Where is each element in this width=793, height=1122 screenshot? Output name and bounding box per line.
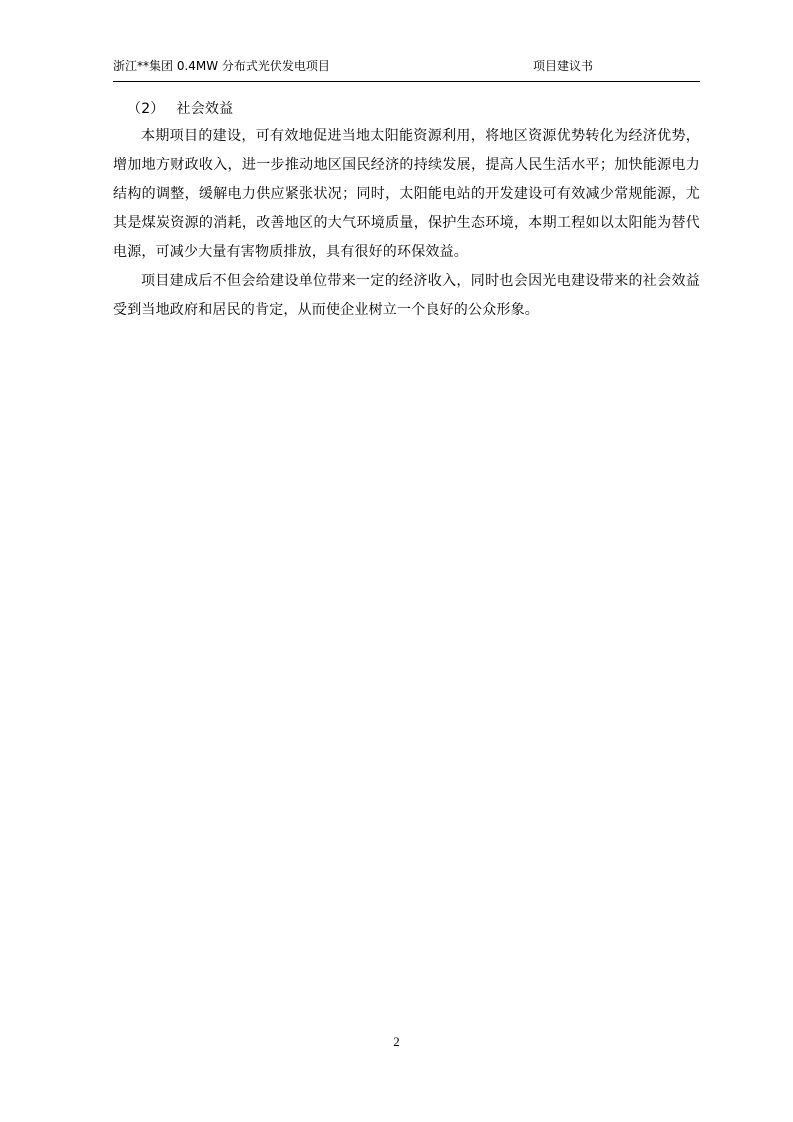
section-title: 社会效益 xyxy=(177,101,234,117)
page-header: 浙江**集团 0.4MW 分布式光伏发电项目 项目建议书 xyxy=(113,58,700,74)
header-rule xyxy=(113,81,700,82)
section-heading: （2）社会效益 xyxy=(113,96,700,122)
header-project-title: 浙江**集团 0.4MW 分布式光伏发电项目 xyxy=(113,58,330,74)
page-body: （2）社会效益 本期项目的建设，可有效地促进当地太阳能资源利用，将地区资源优势转… xyxy=(113,96,700,325)
header-document-type: 项目建议书 xyxy=(533,58,593,74)
page-number: 2 xyxy=(0,1034,793,1050)
paragraph-1: 本期项目的建设，可有效地促进当地太阳能资源利用，将地区资源优势转化为经济优势，增… xyxy=(113,122,700,267)
section-number: （2） xyxy=(127,101,165,117)
paragraph-2: 项目建成后不但会给建设单位带来一定的经济收入，同时也会因光电建设带来的社会效益受… xyxy=(113,267,700,325)
